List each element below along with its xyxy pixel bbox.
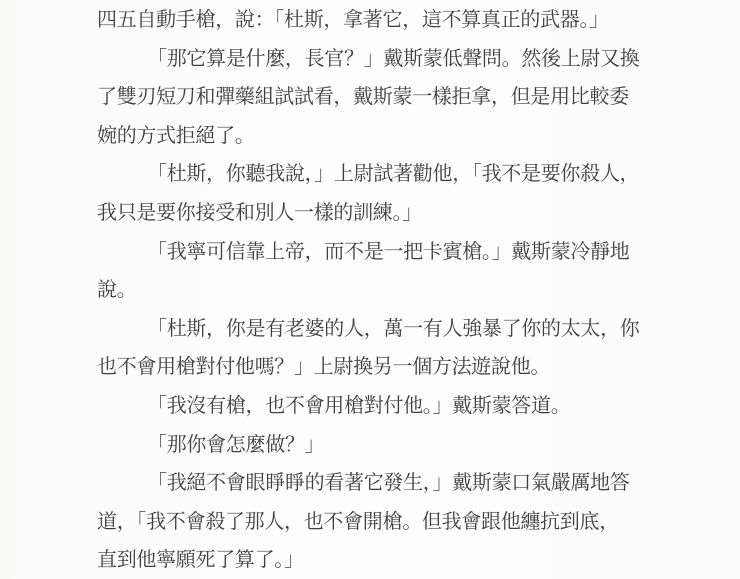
text-line: 我只是要你接受和別人一樣的訓練。」 [97,193,682,232]
text-line: 婉的方式拒絕了。 [97,116,682,155]
text-line: 直到他寧願死了算了。」 [97,540,682,579]
text-line: 「杜斯，你是有老婆的人，萬一有人強暴了你的太太，你 [97,309,682,348]
text-line: 也不會用槍對付他嗎？」上尉換另一個方法遊說他。 [97,347,682,386]
text-line: 「杜斯，你聽我說，」上尉試著勸他，「我不是要你殺人， [97,154,682,193]
text-line: 「我絕不會眼睜睜的看著它發生，」戴斯蒙口氣嚴厲地答 [97,463,682,502]
text-line: 四五自動手槍，說：「杜斯，拿著它，這不算真正的武器。」 [97,0,682,39]
text-column: 四五自動手槍，說：「杜斯，拿著它，這不算真正的武器。」 「那它算是什麼，長官？」… [97,0,682,579]
text-line: 「我沒有槍，也不會用槍對付他。」戴斯蒙答道。 [97,386,682,425]
text-line: 了雙刃短刀和彈藥組試試看，戴斯蒙一樣拒拿，但是用比較委 [97,77,682,116]
book-page: 四五自動手槍，說：「杜斯，拿著它，這不算真正的武器。」 「那它算是什麼，長官？」… [0,0,740,579]
text-line: 道，「我不會殺了那人，也不會開槍。但我會跟他纏抗到底， [97,502,682,541]
text-line: 「那它算是什麼，長官？」戴斯蒙低聲問。然後上尉又換 [97,39,682,78]
text-line: 說。 [97,270,682,309]
text-line: 「我寧可信靠上帝，而不是一把卡賓槍。」戴斯蒙冷靜地 [97,232,682,271]
text-line: 「那你會怎麼做？」 [97,425,682,464]
